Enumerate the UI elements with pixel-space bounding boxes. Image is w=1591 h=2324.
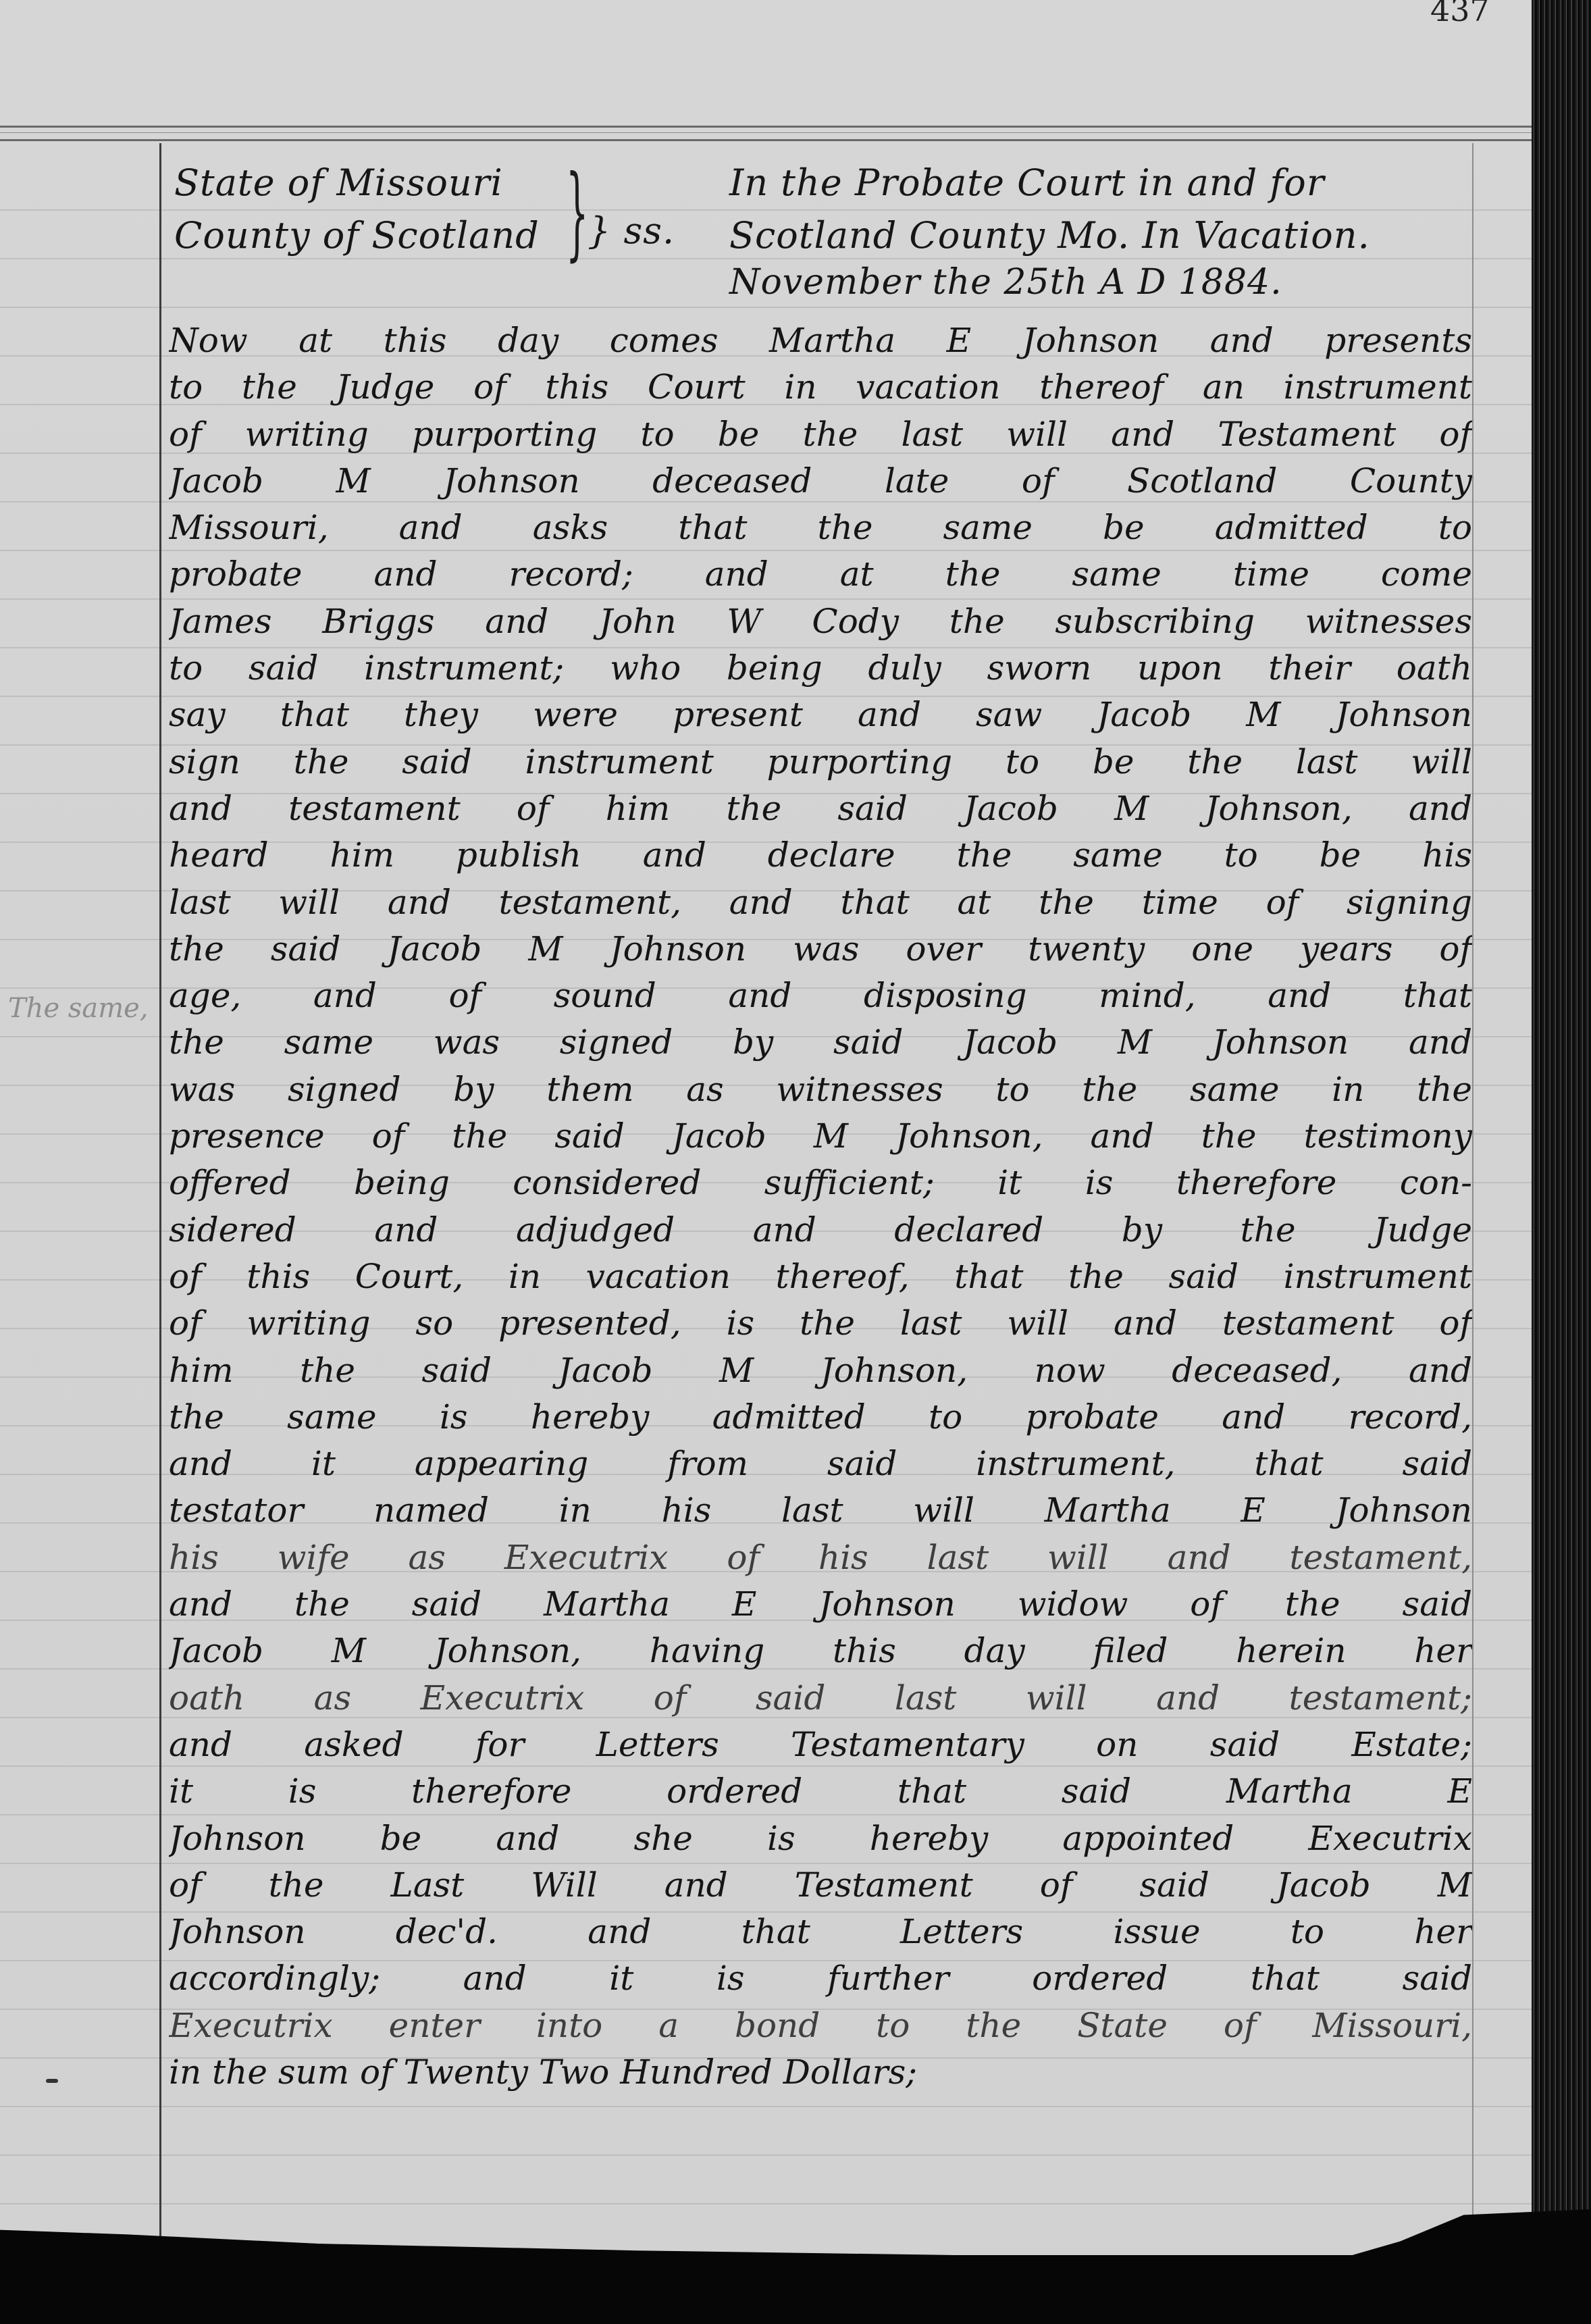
body-line: of the Last Will and Testament of said J… (169, 1862, 1472, 1909)
ledger-page: 437 The same, State of Missouri County o… (0, 0, 1532, 2324)
body-line: Jacob M Johnson deceased late of Scotlan… (169, 458, 1472, 505)
body-line: to said instrument; who being duly sworn… (169, 645, 1472, 692)
body-line: offered being considered sufficient; it … (169, 1160, 1472, 1206)
body-line: sign the said instrument purporting to b… (169, 739, 1472, 785)
body-line: Johnson dec'd. and that Letters issue to… (169, 1909, 1472, 1955)
venue-bracket: } (566, 162, 588, 263)
body-line: Missouri, and asks that the same be admi… (169, 505, 1472, 551)
body-line: Now at this day comes Martha E Johnson a… (169, 317, 1472, 364)
header-double-rule-top (0, 126, 1532, 128)
body-line: of writing purporting to be the last wil… (169, 411, 1472, 458)
record-date: November the 25th A D 1884. (729, 262, 1282, 303)
court-line-1: In the Probate Court in and for (729, 157, 1370, 209)
body-line: was signed by them as witnesses to the s… (169, 1066, 1472, 1113)
margin-annotation: The same, (8, 993, 149, 1024)
body-line: Executrix enter into a bond to the State… (169, 2003, 1472, 2049)
left-margin-rule (159, 143, 161, 2277)
scilicet-mark: } ss. (588, 209, 675, 252)
ink-blot-mark (46, 2079, 58, 2083)
body-line: and it appearing from said instrument, t… (169, 1441, 1472, 1487)
body-line: in the sum of Twenty Two Hundred Dollars… (169, 2049, 1472, 2096)
body-line: heard him publish and declare the same t… (169, 832, 1472, 879)
probate-record-body: Now at this day comes Martha E Johnson a… (169, 317, 1472, 2096)
body-line: probate and record; and at the same time… (169, 551, 1472, 598)
body-line: of this Court, in vacation thereof, that… (169, 1254, 1472, 1300)
body-line: Johnson be and she is hereby appointed E… (169, 1815, 1472, 1862)
right-margin-rule (1472, 143, 1473, 2264)
book-page-edges (1532, 0, 1591, 2324)
header-double-rule-bottom (0, 139, 1532, 141)
body-line: it is therefore ordered that said Martha… (169, 1768, 1472, 1815)
venue-county: County of Scotland (174, 209, 540, 262)
body-line: sidered and adjudged and declared by the… (169, 1207, 1472, 1254)
body-line: the said Jacob M Johnson was over twenty… (169, 926, 1472, 973)
body-line: oath as Executrix of said last will and … (169, 1675, 1472, 1722)
body-line: and the said Martha E Johnson widow of t… (169, 1581, 1472, 1628)
body-line: his wife as Executrix of his last will a… (169, 1534, 1472, 1581)
body-line: age, and of sound and disposing mind, an… (169, 973, 1472, 1019)
court-caption: In the Probate Court in and for Scotland… (729, 157, 1370, 262)
body-line: presence of the said Jacob M Johnson, an… (169, 1113, 1472, 1160)
body-line: Jacob M Johnson, having this day filed h… (169, 1628, 1472, 1674)
venue-caption: State of Missouri County of Scotland (174, 157, 540, 262)
body-line: last will and testament, and that at the… (169, 879, 1472, 926)
body-line: James Briggs and John W Cody the subscri… (169, 598, 1472, 645)
body-line: the same was signed by said Jacob M John… (169, 1019, 1472, 1066)
body-line: to the Judge of this Court in vacation t… (169, 364, 1472, 411)
body-line: him the said Jacob M Johnson, now deceas… (169, 1347, 1472, 1394)
page-number: 437 (1430, 0, 1490, 28)
body-line: accordingly; and it is further ordered t… (169, 1955, 1472, 2002)
court-line-2: Scotland County Mo. In Vacation. (729, 209, 1370, 262)
venue-state: State of Missouri (174, 157, 540, 209)
body-line: say that they were present and saw Jacob… (169, 692, 1472, 738)
body-line: of writing so presented, is the last wil… (169, 1300, 1472, 1347)
body-line: testator named in his last will Martha E… (169, 1487, 1472, 1534)
body-line: and asked for Letters Testamentary on sa… (169, 1722, 1472, 1768)
header-double-rule-middle (0, 132, 1532, 133)
body-line: and testament of him the said Jacob M Jo… (169, 785, 1472, 832)
body-line: the same is hereby admitted to probate a… (169, 1394, 1472, 1441)
